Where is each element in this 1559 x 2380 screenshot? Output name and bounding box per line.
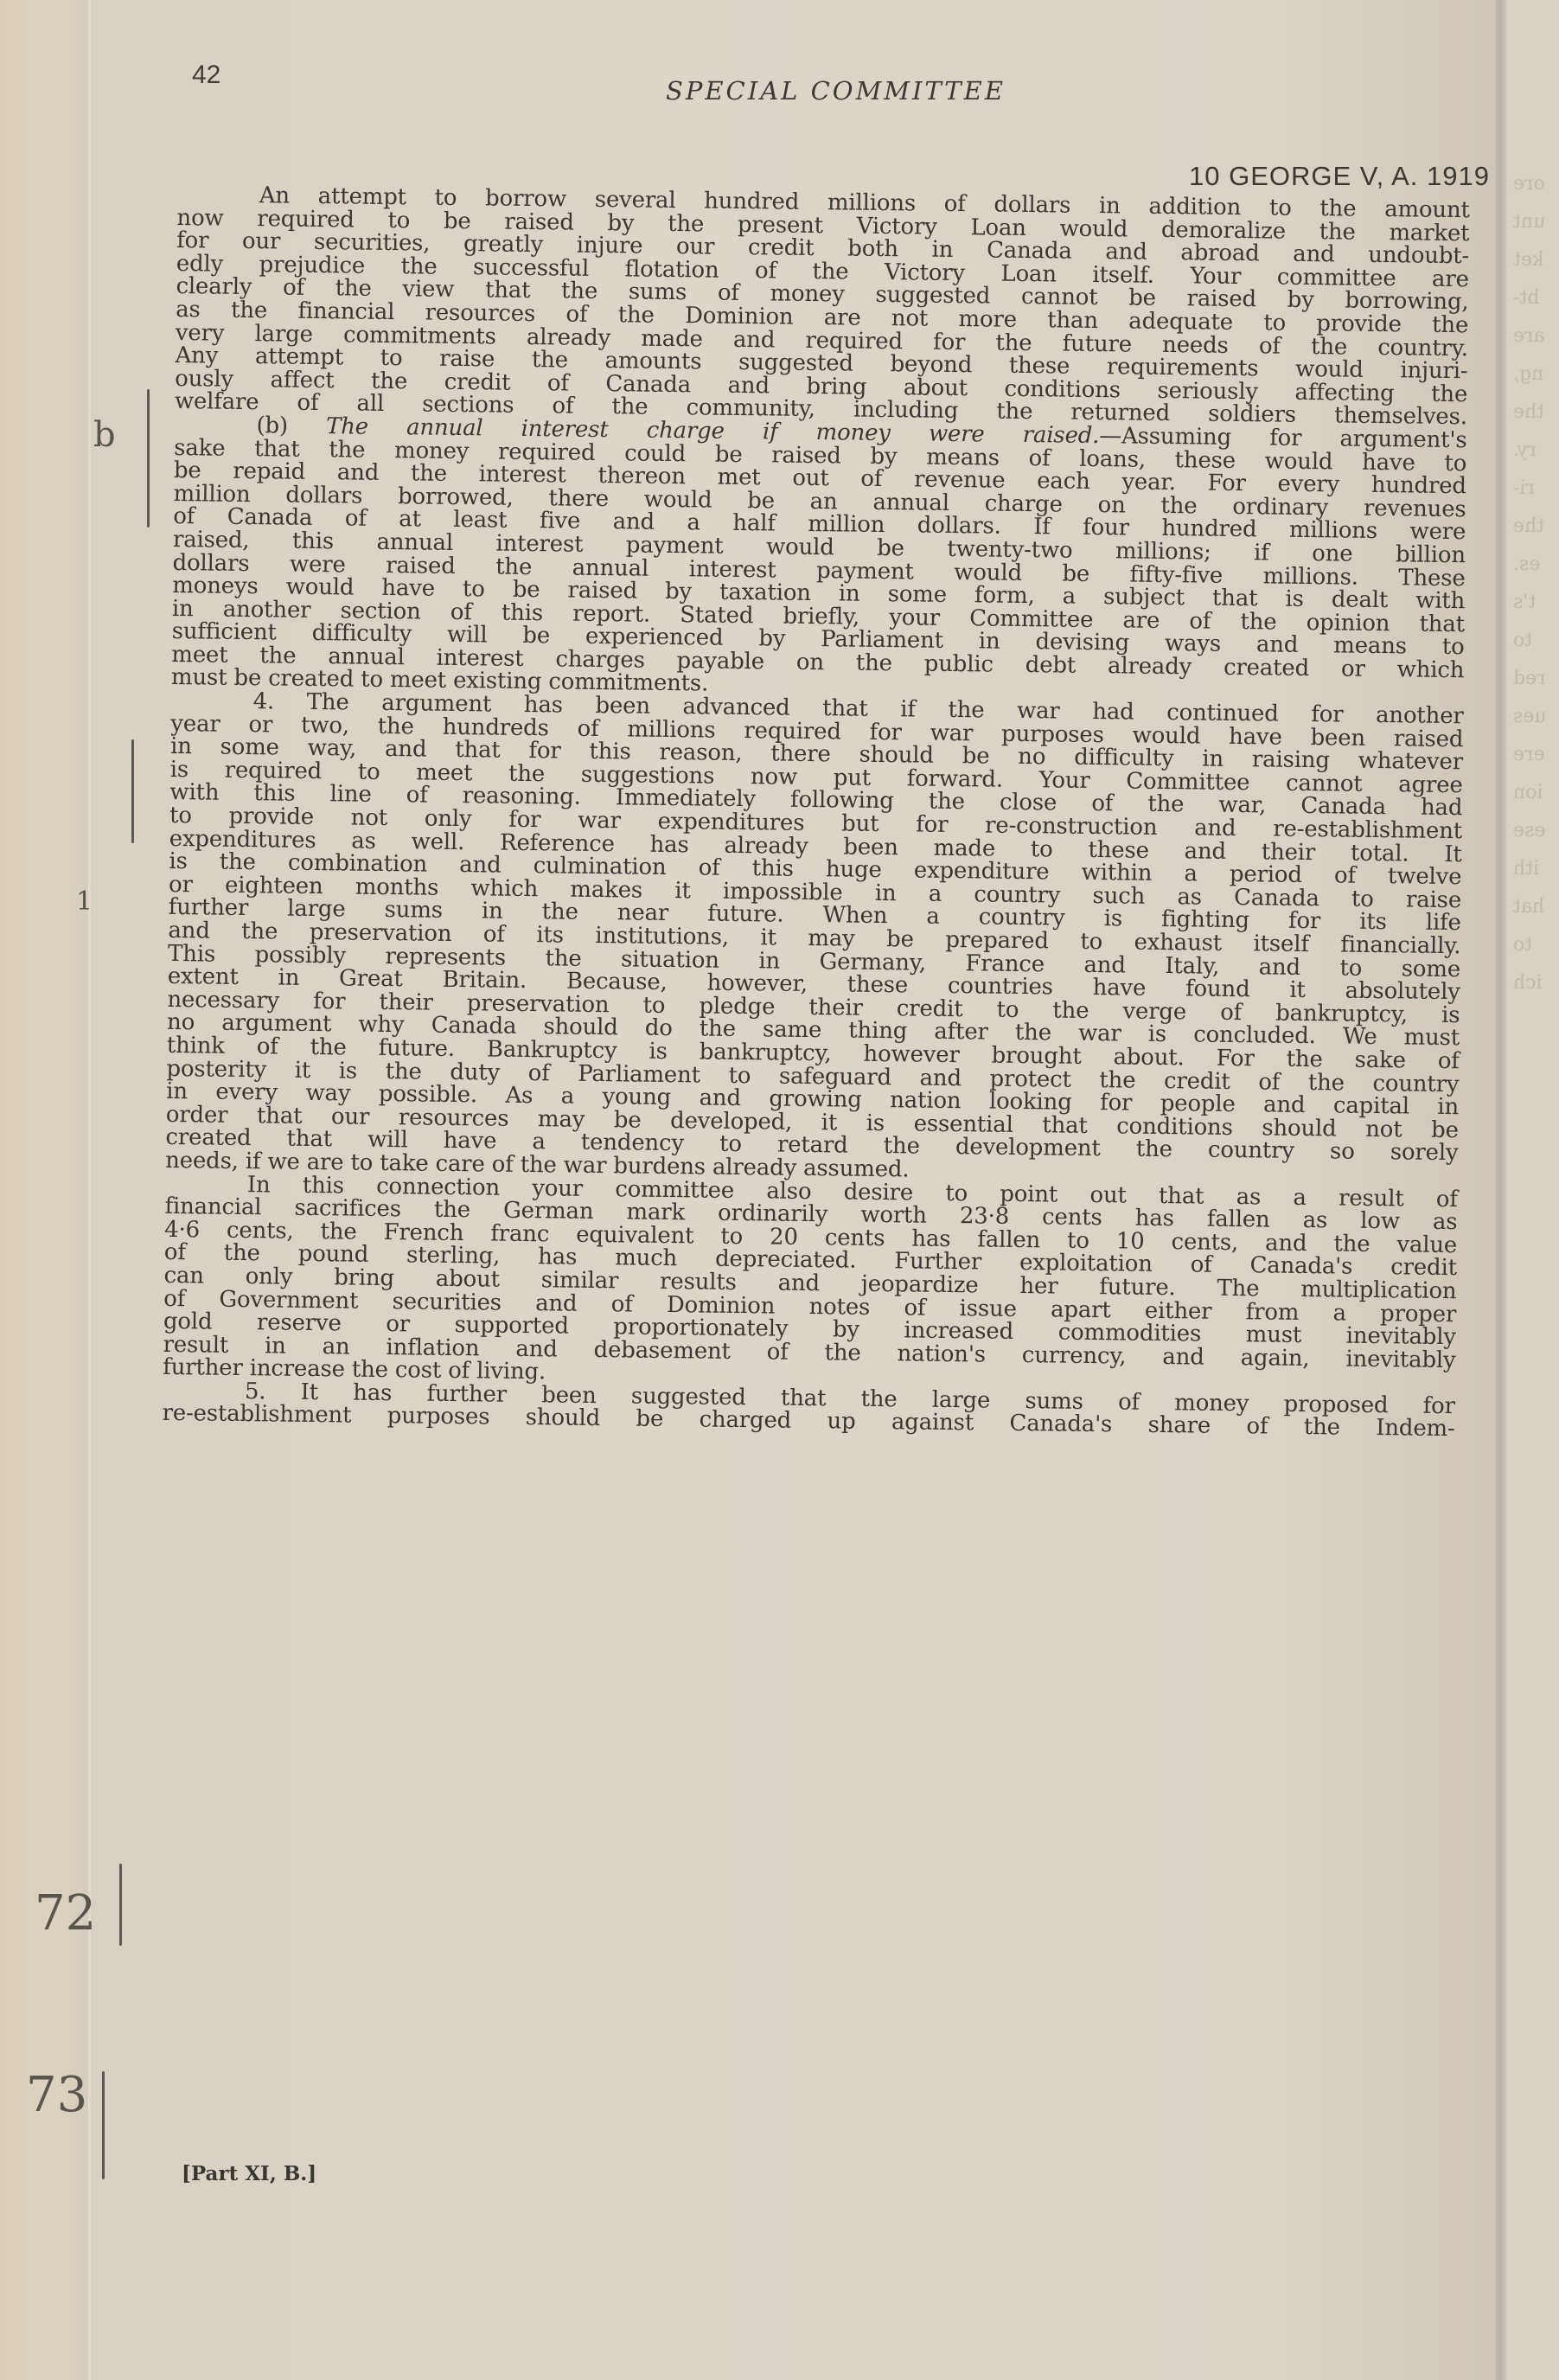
adjacent-page-fragment: ich (1513, 972, 1543, 994)
adjacent-page-fragment: to (1513, 934, 1532, 956)
adjacent-page-fragment: ry. (1513, 439, 1537, 461)
book-left-edge (0, 0, 91, 2380)
footer-reference: [Part XI, B.] (182, 2162, 316, 2185)
adjacent-page-fragment: red (1513, 668, 1546, 689)
adjacent-page-fragment: to (1513, 630, 1532, 651)
adjacent-page-fragment: ion (1513, 782, 1543, 803)
adjacent-page-fragment: t's (1513, 592, 1536, 613)
adjacent-page-fragment: ese (1513, 820, 1545, 841)
adjacent-page-edge: oreuntketbt-areng,thery.ri-thees.t'store… (1506, 0, 1559, 2380)
adjacent-page-fragment: the (1513, 401, 1544, 423)
session-reference: 10 GEORGE V, A. 1919 (1189, 161, 1490, 192)
margin-bracket-mark (119, 1864, 122, 1946)
adjacent-page-fragment: ith (1513, 858, 1539, 880)
margin-bracket-mark (131, 739, 134, 843)
adjacent-page-fragment: unt (1513, 211, 1545, 233)
adjacent-page-fragment: bt- (1513, 287, 1539, 309)
margin-bracket-mark (102, 2071, 105, 2179)
book-gutter (1496, 0, 1506, 2380)
adjacent-page-fragment: es. (1513, 553, 1540, 575)
adjacent-page-fragment: ng, (1513, 363, 1543, 385)
body-text: An attempt to borrow several hundred mil… (162, 183, 1469, 1441)
handwritten-annotation: 72 (35, 1885, 96, 1942)
running-head: SPECIAL COMMITTEE (666, 76, 1006, 106)
handwritten-annotation: 1 (76, 886, 93, 917)
page-number: 42 (192, 61, 220, 90)
adjacent-page-fragment: ri- (1513, 477, 1535, 499)
adjacent-page-fragment: are (1513, 325, 1545, 347)
adjacent-page-fragment: ket (1513, 249, 1543, 271)
handwritten-annotation: b (93, 415, 116, 455)
handwritten-annotation: 73 (26, 2067, 87, 2123)
adjacent-page-fragment: ore (1513, 173, 1545, 195)
adjacent-page-fragment: the (1513, 515, 1544, 537)
adjacent-page-fragment: ues (1513, 706, 1546, 727)
adjacent-page-fragment: ere (1513, 744, 1545, 765)
adjacent-page-fragment: hat (1513, 896, 1544, 918)
margin-bracket-mark (147, 389, 150, 528)
